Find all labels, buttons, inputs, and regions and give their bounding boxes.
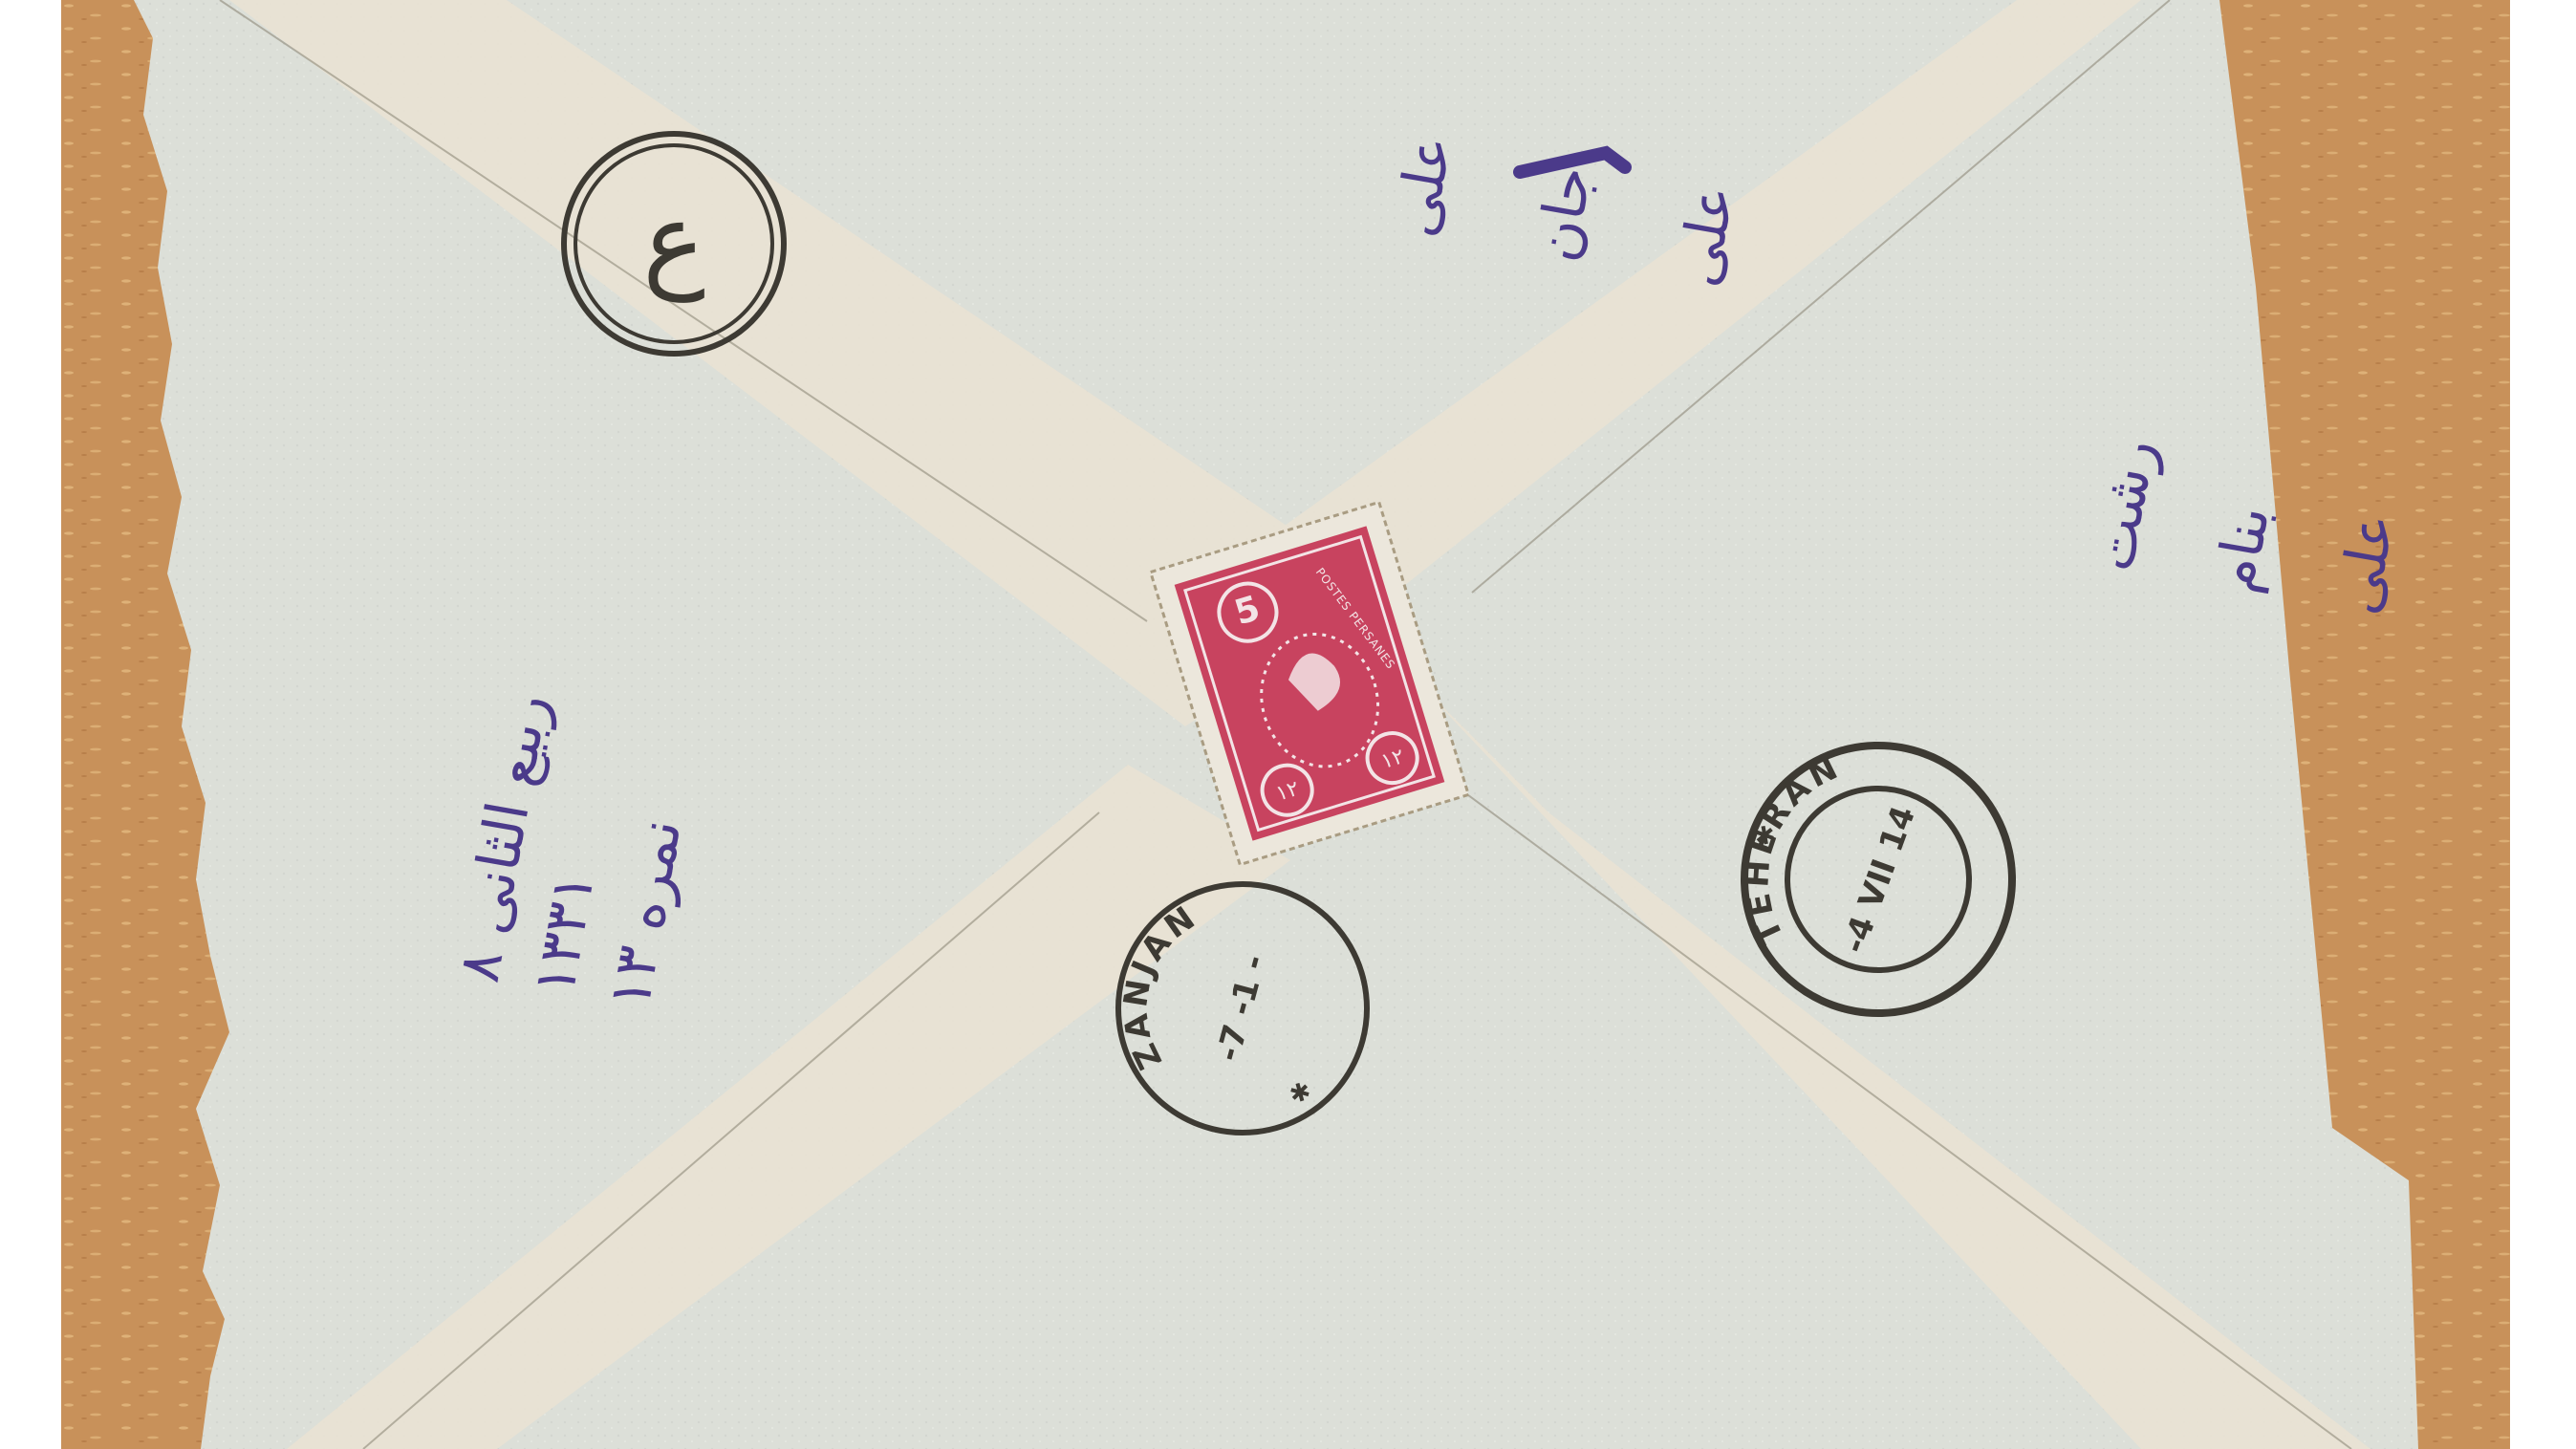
envelope-photo: ع 5 ۱۲ ۱۲ POSTES PERSANES ZANJAN -7 -1 -…: [0, 0, 2576, 1449]
registry-glyph: ع: [642, 180, 705, 303]
